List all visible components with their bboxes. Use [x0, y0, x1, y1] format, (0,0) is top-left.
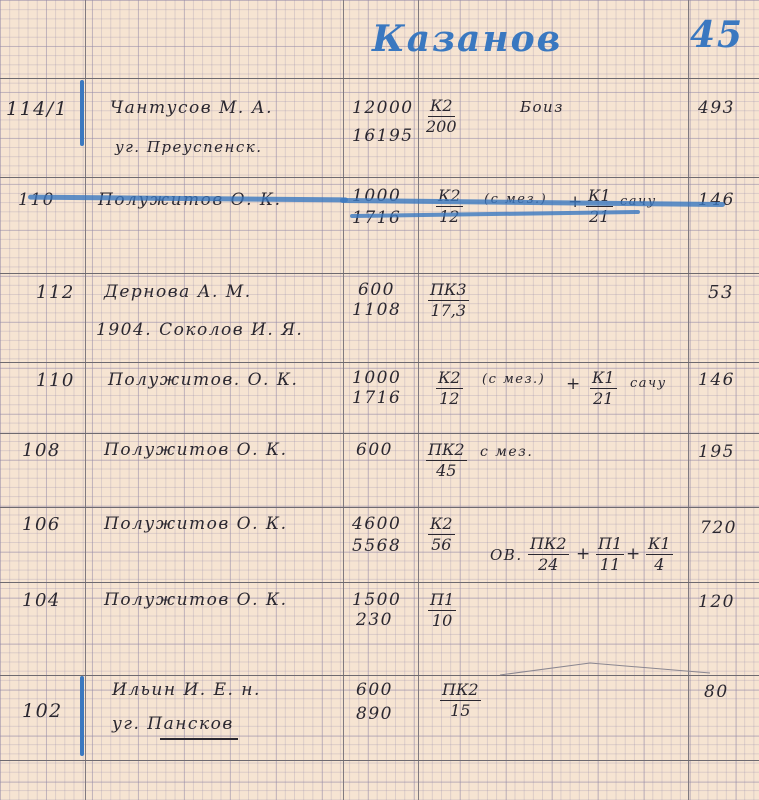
row-note: (с мез.)	[482, 372, 545, 387]
ob-term: П111	[596, 534, 624, 575]
row-name: Чантусов М. А.	[110, 98, 273, 118]
row-amount: 1000	[352, 368, 401, 388]
row-note: с мез.	[480, 444, 533, 460]
row-name: Ильин И. Е. н.	[112, 680, 261, 700]
ob-term: ПК224	[528, 534, 569, 575]
row-amount-secondary: 230	[356, 610, 393, 630]
row-number: 114/1	[6, 98, 68, 120]
row-divider	[0, 507, 759, 508]
name-underline	[160, 738, 238, 740]
page-number: 45	[690, 14, 744, 56]
plus-sign: +	[566, 374, 582, 394]
row-number: 104	[22, 590, 61, 611]
plus-sign: +	[626, 544, 642, 564]
row-divider	[0, 177, 759, 178]
row-amount-secondary: 1108	[352, 300, 401, 320]
row-fraction: ПК317,3	[428, 280, 469, 321]
row-amount-secondary: 1716	[352, 208, 401, 228]
row-amount: 600	[358, 280, 395, 300]
row-note: Боиз	[520, 98, 564, 116]
row-total: 120	[698, 592, 735, 612]
row-divider	[0, 362, 759, 363]
row-name: Дернова А. М.	[104, 282, 252, 302]
row-name: Полужитов О. К.	[104, 514, 287, 534]
row-total: 80	[704, 682, 729, 702]
row-amount-secondary: 5568	[352, 536, 401, 556]
row-total: 146	[698, 190, 735, 210]
row-amount: 1500	[352, 590, 401, 610]
row-fraction: К256	[428, 514, 455, 555]
plus-sign: +	[576, 544, 592, 564]
row-divider	[0, 582, 759, 583]
row-total: 720	[700, 518, 737, 538]
row-number: 108	[22, 440, 61, 461]
row-fraction-extra: К121	[590, 368, 617, 409]
row-amount: 600	[356, 680, 393, 700]
row-divider	[0, 78, 759, 79]
row-fraction: ПК215	[440, 680, 481, 721]
ob-term: К14	[646, 534, 673, 575]
row-number: 110	[18, 190, 55, 210]
bracket-mark	[80, 80, 84, 146]
bracket-mark	[80, 676, 84, 756]
row-total: 493	[698, 98, 735, 118]
row-number: 112	[36, 282, 75, 303]
row-divider	[0, 760, 759, 761]
row-fraction: К212	[436, 368, 463, 409]
row-extra-note: сачу	[630, 376, 667, 391]
row-name: Полужитов О. К.	[104, 590, 287, 610]
row-amount: 4600	[352, 514, 401, 534]
row-amount: 12000	[352, 98, 414, 118]
row-fraction: К2200	[426, 96, 457, 137]
row-name: Полужитов. О. К.	[108, 370, 298, 390]
page-title: Казанов	[372, 18, 562, 60]
row-divider	[0, 273, 759, 274]
row-fraction: К212	[436, 186, 463, 227]
row-total: 195	[698, 442, 735, 462]
row-number: 106	[22, 514, 61, 535]
row-divider	[0, 433, 759, 434]
row-amount: 600	[356, 440, 393, 460]
row-amount-secondary: 1716	[352, 388, 401, 408]
row-name-secondary: 1904. Соколов И. Я.	[96, 320, 303, 340]
row-total: 53	[708, 282, 734, 303]
row-amount-secondary: 16195	[352, 126, 414, 146]
row-number: 102	[22, 700, 63, 722]
row-fraction-extra: К121	[586, 186, 613, 227]
row-name-secondary: уг. Пансков	[112, 714, 234, 734]
row-number: 110	[36, 370, 75, 391]
row-fraction: П110	[428, 590, 456, 631]
ob-label: ОВ.	[490, 546, 523, 564]
row-fraction: ПК245	[426, 440, 467, 481]
row-amount-secondary: 890	[356, 704, 393, 724]
row-name-secondary: уг. Преуспенск.	[115, 138, 263, 156]
row-name: Полужитов О. К.	[104, 440, 287, 460]
row-total: 146	[698, 370, 735, 390]
